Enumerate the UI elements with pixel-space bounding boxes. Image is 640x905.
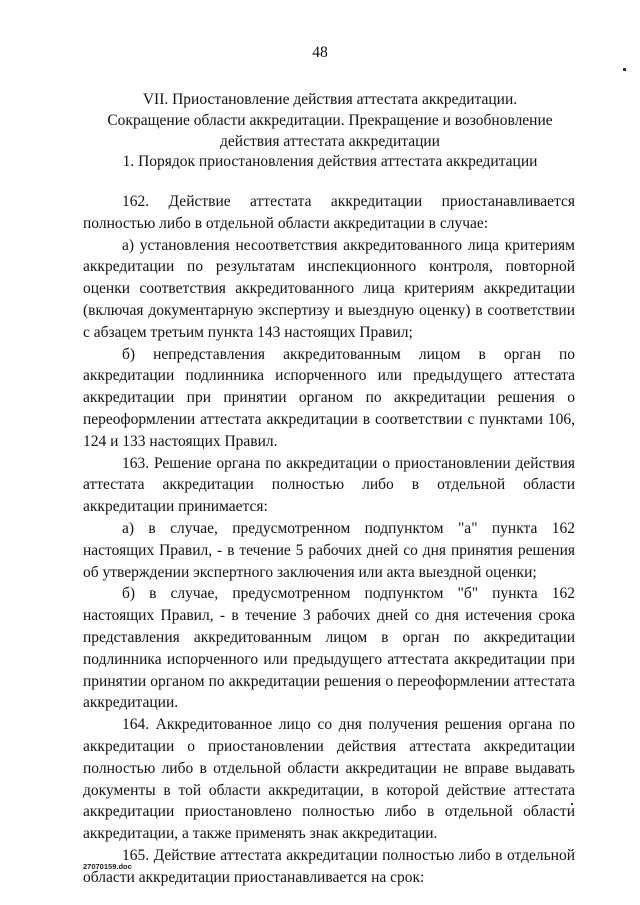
document-body: 162. Действие аттестата аккредитации при…	[83, 191, 575, 889]
paragraph-162: 162. Действие аттестата аккредитации при…	[83, 191, 575, 235]
section-title: 1. Порядок приостановления действия атте…	[60, 151, 600, 172]
chapter-title: VII. Приостановление действия аттестата …	[60, 89, 600, 152]
paragraph-162-b: б) непредставления аккредитованным лицом…	[83, 344, 575, 453]
page-number: 48	[0, 44, 640, 62]
chapter-title-line: VII. Приостановление действия аттестата …	[60, 89, 600, 110]
paragraph-163-b: б) в случае, предусмотренном подпунктом …	[83, 583, 575, 714]
paragraph-164: 164. Аккредитованное лицо со дня получен…	[83, 714, 575, 845]
chapter-title-line: Сокращение области аккредитации. Прекращ…	[60, 110, 600, 131]
footer-filename: 27070159.doc	[83, 862, 132, 871]
chapter-title-line: действия аттестата аккредитации	[60, 131, 600, 152]
paragraph-165: 165. Действие аттестата аккредитации пол…	[83, 845, 575, 889]
scan-artifact-mark	[623, 68, 626, 71]
scan-artifact-mark	[571, 803, 573, 805]
paragraph-163: 163. Решение органа по аккредитации о пр…	[83, 453, 575, 518]
paragraph-163-a: а) в случае, предусмотренном подпунктом …	[83, 518, 575, 583]
paragraph-162-a: а) установления несоответствия аккредито…	[83, 235, 575, 344]
